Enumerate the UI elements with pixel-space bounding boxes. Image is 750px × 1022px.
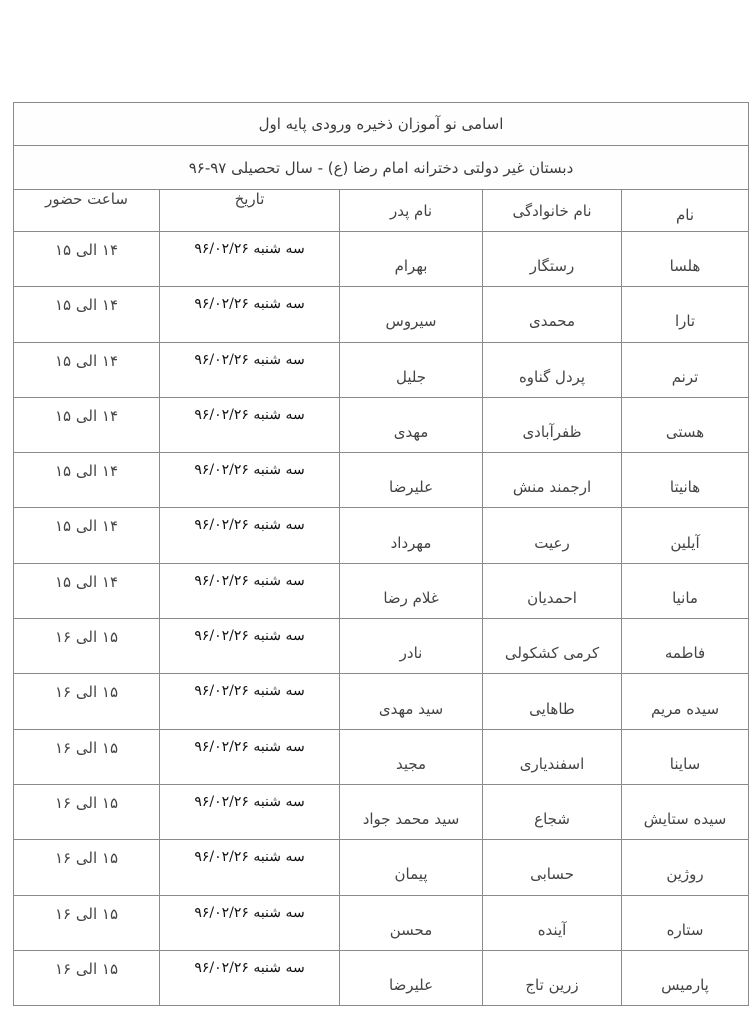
student-roster-table: اسامی نو آموزان ذخیره ورودی پایه اول دبس…: [13, 102, 749, 1006]
header-family-name: نام خانوادگی: [483, 190, 622, 232]
cell-date: سه شنبه ۹۶/۰۲/۲۶: [160, 508, 340, 563]
cell-student-name: سیده مریم: [622, 674, 749, 729]
table-row: ستارهآیندهمحسنسه شنبه ۹۶/۰۲/۲۶۱۵ الی ۱۶: [14, 895, 749, 950]
table-row: روژینحسابیپیمانسه شنبه ۹۶/۰۲/۲۶۱۵ الی ۱۶: [14, 840, 749, 895]
table-row: فاطمهکرمی کشکولینادرسه شنبه ۹۶/۰۲/۲۶۱۵ ا…: [14, 619, 749, 674]
table-row: تارامحمدیسیروسسه شنبه ۹۶/۰۲/۲۶۱۴ الی ۱۵: [14, 287, 749, 342]
cell-family-name: رعیت: [483, 508, 622, 563]
cell-attendance-time: ۱۴ الی ۱۵: [14, 508, 160, 563]
cell-family-name: محمدی: [483, 287, 622, 342]
cell-father-name: مهرداد: [340, 508, 483, 563]
cell-student-name: مانیا: [622, 563, 749, 618]
cell-student-name: ستاره: [622, 895, 749, 950]
cell-father-name: مهدی: [340, 397, 483, 452]
cell-family-name: کرمی کشکولی: [483, 619, 622, 674]
cell-student-name: ساینا: [622, 729, 749, 784]
cell-father-name: علیرضا: [340, 950, 483, 1005]
cell-family-name: ارجمند منش: [483, 453, 622, 508]
cell-attendance-time: ۱۵ الی ۱۶: [14, 674, 160, 729]
cell-student-name: هستی: [622, 397, 749, 452]
cell-attendance-time: ۱۵ الی ۱۶: [14, 950, 160, 1005]
cell-family-name: شجاع: [483, 784, 622, 839]
table-row: هانیتاارجمند منشعلیرضاسه شنبه ۹۶/۰۲/۲۶۱۴…: [14, 453, 749, 508]
student-roster-sheet: اسامی نو آموزان ذخیره ورودی پایه اول دبس…: [13, 102, 748, 1006]
cell-attendance-time: ۱۴ الی ۱۵: [14, 342, 160, 397]
cell-student-name: تارا: [622, 287, 749, 342]
document-subtitle: دبستان غیر دولتی دخترانه امام رضا (ع) - …: [14, 146, 749, 190]
table-row: پارمیسزرین تاجعلیرضاسه شنبه ۹۶/۰۲/۲۶۱۵ ا…: [14, 950, 749, 1005]
cell-father-name: سیروس: [340, 287, 483, 342]
cell-student-name: هلسا: [622, 232, 749, 287]
table-row: هلسارستگاربهرامسه شنبه ۹۶/۰۲/۲۶۱۴ الی ۱۵: [14, 232, 749, 287]
cell-father-name: نادر: [340, 619, 483, 674]
cell-family-name: پردل گناوه: [483, 342, 622, 397]
cell-father-name: جلیل: [340, 342, 483, 397]
cell-date: سه شنبه ۹۶/۰۲/۲۶: [160, 232, 340, 287]
subtitle-row: دبستان غیر دولتی دخترانه امام رضا (ع) - …: [14, 146, 749, 190]
cell-family-name: آینده: [483, 895, 622, 950]
document-title: اسامی نو آموزان ذخیره ورودی پایه اول: [14, 103, 749, 146]
table-row: هستیظفرآبادیمهدیسه شنبه ۹۶/۰۲/۲۶۱۴ الی ۱…: [14, 397, 749, 452]
title-row: اسامی نو آموزان ذخیره ورودی پایه اول: [14, 103, 749, 146]
cell-family-name: رستگار: [483, 232, 622, 287]
cell-date: سه شنبه ۹۶/۰۲/۲۶: [160, 342, 340, 397]
cell-date: سه شنبه ۹۶/۰۲/۲۶: [160, 840, 340, 895]
cell-family-name: اسفندیاری: [483, 729, 622, 784]
table-row: آیلینرعیتمهردادسه شنبه ۹۶/۰۲/۲۶۱۴ الی ۱۵: [14, 508, 749, 563]
cell-father-name: سید محمد جواد: [340, 784, 483, 839]
cell-family-name: ظفرآبادی: [483, 397, 622, 452]
column-header-row: نام نام خانوادگی نام پدر تاریخ ساعت حضور: [14, 190, 749, 232]
cell-student-name: سیده ستایش: [622, 784, 749, 839]
cell-date: سه شنبه ۹۶/۰۲/۲۶: [160, 674, 340, 729]
cell-student-name: پارمیس: [622, 950, 749, 1005]
cell-date: سه شنبه ۹۶/۰۲/۲۶: [160, 619, 340, 674]
cell-date: سه شنبه ۹۶/۰۲/۲۶: [160, 287, 340, 342]
cell-date: سه شنبه ۹۶/۰۲/۲۶: [160, 729, 340, 784]
cell-date: سه شنبه ۹۶/۰۲/۲۶: [160, 950, 340, 1005]
cell-attendance-time: ۱۴ الی ۱۵: [14, 287, 160, 342]
table-row: سیده ستایششجاعسید محمد جوادسه شنبه ۹۶/۰۲…: [14, 784, 749, 839]
cell-family-name: طاهایی: [483, 674, 622, 729]
table-row: ساینااسفندیاریمجیدسه شنبه ۹۶/۰۲/۲۶۱۵ الی…: [14, 729, 749, 784]
cell-attendance-time: ۱۵ الی ۱۶: [14, 784, 160, 839]
cell-attendance-time: ۱۵ الی ۱۶: [14, 619, 160, 674]
cell-attendance-time: ۱۴ الی ۱۵: [14, 563, 160, 618]
cell-attendance-time: ۱۴ الی ۱۵: [14, 397, 160, 452]
header-name: نام: [622, 190, 749, 232]
cell-father-name: مجید: [340, 729, 483, 784]
table-row: مانیااحمدیانغلام رضاسه شنبه ۹۶/۰۲/۲۶۱۴ ا…: [14, 563, 749, 618]
cell-attendance-time: ۱۵ الی ۱۶: [14, 729, 160, 784]
cell-student-name: روژین: [622, 840, 749, 895]
cell-father-name: بهرام: [340, 232, 483, 287]
table-row: سیده مریمطاهاییسید مهدیسه شنبه ۹۶/۰۲/۲۶۱…: [14, 674, 749, 729]
table-row: ترنمپردل گناوهجلیلسه شنبه ۹۶/۰۲/۲۶۱۴ الی…: [14, 342, 749, 397]
cell-family-name: احمدیان: [483, 563, 622, 618]
cell-father-name: غلام رضا: [340, 563, 483, 618]
cell-attendance-time: ۱۴ الی ۱۵: [14, 453, 160, 508]
cell-father-name: محسن: [340, 895, 483, 950]
cell-student-name: ترنم: [622, 342, 749, 397]
cell-father-name: سید مهدی: [340, 674, 483, 729]
header-date: تاریخ: [160, 190, 340, 232]
cell-attendance-time: ۱۴ الی ۱۵: [14, 232, 160, 287]
cell-student-name: هانیتا: [622, 453, 749, 508]
cell-date: سه شنبه ۹۶/۰۲/۲۶: [160, 563, 340, 618]
cell-date: سه شنبه ۹۶/۰۲/۲۶: [160, 895, 340, 950]
cell-family-name: زرین تاج: [483, 950, 622, 1005]
cell-student-name: فاطمه: [622, 619, 749, 674]
cell-attendance-time: ۱۵ الی ۱۶: [14, 895, 160, 950]
cell-student-name: آیلین: [622, 508, 749, 563]
header-father-name: نام پدر: [340, 190, 483, 232]
cell-father-name: علیرضا: [340, 453, 483, 508]
cell-attendance-time: ۱۵ الی ۱۶: [14, 840, 160, 895]
cell-family-name: حسابی: [483, 840, 622, 895]
cell-father-name: پیمان: [340, 840, 483, 895]
cell-date: سه شنبه ۹۶/۰۲/۲۶: [160, 784, 340, 839]
header-attendance-time: ساعت حضور: [14, 190, 160, 232]
cell-date: سه شنبه ۹۶/۰۲/۲۶: [160, 453, 340, 508]
cell-date: سه شنبه ۹۶/۰۲/۲۶: [160, 397, 340, 452]
